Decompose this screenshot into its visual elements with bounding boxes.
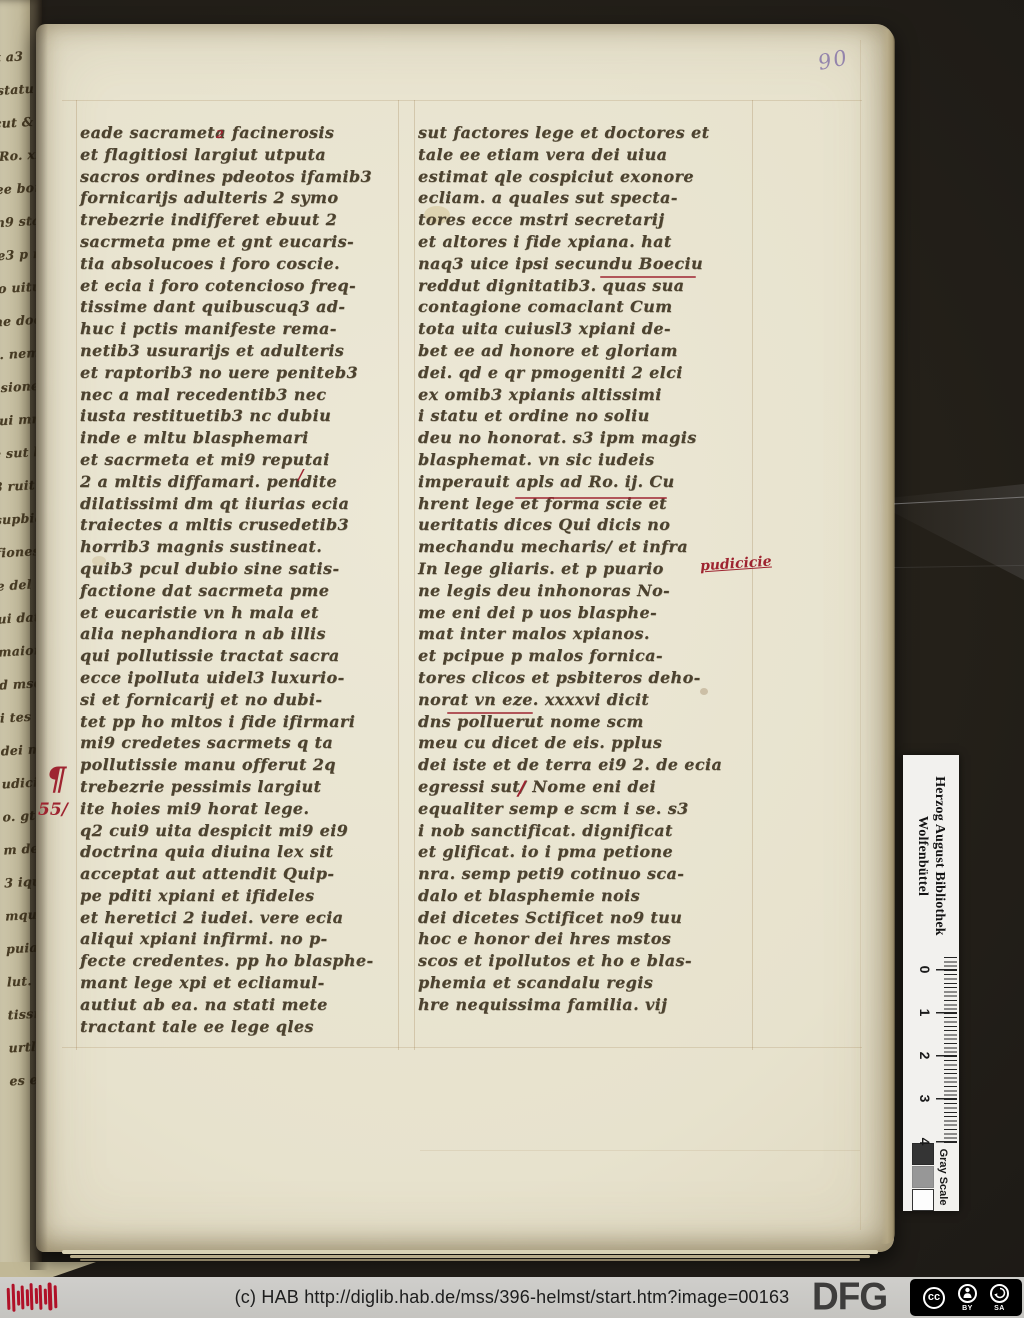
manuscript-line: trebezrie pessimis largiut <box>80 776 398 798</box>
manuscript-line: scos et ipollutos et ho e blas- <box>418 950 750 972</box>
manuscript-line: 2 a mltis diffamari. pendite <box>80 471 398 493</box>
manuscript-line: ex omib3 xpianis altissimi <box>418 384 750 406</box>
spine-text-fragment: sit a3 <box>0 39 35 75</box>
manuscript-line: estimat qle cospiciut exonore <box>418 166 750 188</box>
manuscript-line: pe pditi xpiani et ifideles <box>80 885 398 907</box>
footer-bar: (c) HAB http://diglib.hab.de/mss/396-hel… <box>0 1277 1024 1318</box>
manuscript-line: reddut dignitatib3. quas sua <box>418 275 750 297</box>
manuscript-line: ite hoies mi9 horat lege. <box>80 798 398 820</box>
ruler-number: 0 <box>917 948 933 991</box>
manuscript-line: fecte credentes. pp ho blasphe- <box>80 950 398 972</box>
gray-swatch-white <box>913 1189 935 1211</box>
manuscript-line: me eni dei p uos blasphe- <box>418 602 750 624</box>
red-superscript-mark: 2 <box>216 128 224 141</box>
manuscript-line: naq3 uice ipsi secundu Boeciu <box>418 253 750 275</box>
folio-stack-edge <box>70 1255 870 1258</box>
digitized-manuscript-photo: sit a3o statu sucut & h3d Ro. xxvnee bon… <box>0 0 1024 1318</box>
manuscript-line: imperauit apls ad Ro. ij. Cu <box>418 471 750 493</box>
ruling-line <box>414 100 415 1050</box>
spine-text-fragment: o statu s <box>0 72 36 108</box>
manuscript-line: phemia et scandalu regis <box>418 972 750 994</box>
manuscript-line: tet pp ho mltos i fide ifirmari <box>80 711 398 733</box>
ruling-line <box>860 40 861 1230</box>
manuscript-line: ecliam. a quales sut specta- <box>418 187 750 209</box>
manuscript-line: dalo et blasphemie nois <box>418 885 750 907</box>
manuscript-line: et raptorib3 no uere peniteb3 <box>80 362 398 384</box>
institution-line1: Herzog August Bibliothek <box>931 755 948 957</box>
manuscript-line: hrent lege et forma scie et <box>418 493 750 515</box>
manuscript-line: huc i pctis manifeste rema- <box>80 318 398 340</box>
spine-text-fragment: nee bona <box>0 171 38 207</box>
cc-logo-circle: cc <box>923 1287 945 1309</box>
manuscript-line: dei dicetes Sctificet no9 tuu <box>418 907 750 929</box>
manuscript-line: dei iste et de terra ei9 2. de ecia <box>418 754 750 776</box>
red-underline <box>515 497 667 499</box>
manuscript-line: traiectes a mltis crusedetib3 <box>80 514 398 536</box>
manuscript-line: factione dat sacrmeta pme <box>80 580 398 602</box>
manuscript-line: acceptat aut attendit Quip- <box>80 863 398 885</box>
calibration-scale-strip: Herzog August Bibliothek Wolfenbüttel 01… <box>903 755 959 1211</box>
red-margin-number: 55/ <box>38 800 68 820</box>
spine-text-fragment: on9 stat9 <box>0 204 39 240</box>
red-paragraph-mark: ¶ <box>46 760 66 798</box>
ruler-numbers: 01234 <box>917 948 933 1163</box>
manuscript-line: tores ecce mstri secretarij <box>418 209 750 231</box>
manuscript-line: tractant tale ee lege qles <box>80 1016 398 1038</box>
red-slash-mark: / <box>298 466 303 484</box>
ruling-line <box>62 100 862 101</box>
manuscript-line: blasphemat. vn sic iudeis <box>418 449 750 471</box>
manuscript-line: horrib3 magnis sustineat. <box>80 536 398 558</box>
manuscript-line: si et fornicarij et no dubi- <box>80 689 398 711</box>
cm-ruler: 01234 <box>903 957 959 1145</box>
ruling-line <box>76 100 77 1050</box>
manuscript-line: pollutissie manu offerut 2q <box>80 754 398 776</box>
manuscript-line: norat vn eze. xxxxvi dicit <box>418 689 750 711</box>
manuscript-line: et altores i fide xpiana. hat <box>418 231 750 253</box>
cc-by-icon: BY <box>958 1284 977 1312</box>
manuscript-line: mant lege xpi et ecliamul- <box>80 972 398 994</box>
folio-stack-edge <box>80 1259 860 1261</box>
manuscript-line: deu no honorat. s3 ipm magis <box>418 427 750 449</box>
cc-by-person-icon <box>958 1284 977 1303</box>
red-underline <box>600 276 696 278</box>
manuscript-line: nec a mal recedentib3 nec <box>80 384 398 406</box>
manuscript-line: aliqui xpiani infirmi. no p- <box>80 928 398 950</box>
manuscript-line: tota uita cuiusl3 xpiani de- <box>418 318 750 340</box>
cc-sa-label: SA <box>994 1305 1005 1312</box>
ruler-number: 3 <box>917 1077 933 1120</box>
manuscript-line: tissime dant quibuscuq3 ad- <box>80 296 398 318</box>
spine-text-fragment: ne3 p mal <box>0 237 40 273</box>
folio-stack-edge <box>62 1250 878 1254</box>
manuscript-line: nra. semp peti9 cotinuo sca- <box>418 863 750 885</box>
book-corner-tip <box>0 1262 96 1277</box>
dfg-logo: DFG <box>812 1275 887 1318</box>
institution-label: Herzog August Bibliothek Wolfenbüttel <box>914 755 948 957</box>
cc-logo-icon: cc <box>923 1287 945 1309</box>
manuscript-line: meu cu dicet de eis. pplus <box>418 732 750 754</box>
manuscript-line: dilatissimi dm qt iiurias ecia <box>80 493 398 515</box>
manuscript-line: mechandu mecharis/ et infra <box>418 536 750 558</box>
manuscript-line: ueritatis dices Qui dicis no <box>418 514 750 536</box>
manuscript-line: fornicarijs adulteris 2 symo <box>80 187 398 209</box>
red-underline <box>447 712 533 714</box>
manuscript-line: eade sacrameta facinerosis <box>80 122 398 144</box>
manuscript-line: mi9 credetes sacrmets q ta <box>80 732 398 754</box>
manuscript-line: doctrina quia diuina lex sit <box>80 841 398 863</box>
spine-text-fragment: ho uitup <box>0 270 41 306</box>
manuscript-line: netib3 usurarijs et adulteris <box>80 340 398 362</box>
manuscript-line: et ecia i foro cotencioso freq- <box>80 275 398 297</box>
manuscript-line: bet ee ad honore et gloriam <box>418 340 750 362</box>
manuscript-column-left: eade sacrameta facinerosiset flagitiosi … <box>80 122 398 1037</box>
ruling-line <box>398 100 399 1050</box>
manuscript-line: et pcipue p malos fornica- <box>418 645 750 667</box>
ruler-number: 4 <box>917 1120 933 1163</box>
manuscript-line: tale ee etiam vera dei uiua <box>418 144 750 166</box>
manuscript-line: et sacrmeta et mi9 reputai <box>80 449 398 471</box>
cc-sa-arrow-icon <box>990 1284 1009 1303</box>
gray-scale-label: Gray Scale <box>938 1149 950 1206</box>
ruler-cm-ticks <box>936 969 957 1145</box>
manuscript-line: sacrmeta pme et gnt eucaris- <box>80 231 398 253</box>
cc-license-badge: cc BY SA <box>910 1279 1022 1316</box>
manuscript-line: et heretici 2 iudei. vere ecia <box>80 907 398 929</box>
manuscript-line: equaliter semp e scm i se. s3 <box>418 798 750 820</box>
manuscript-line: autiut ab ea. na stati mete <box>80 994 398 1016</box>
manuscript-line: hre nequissima familia. vij <box>418 994 750 1016</box>
manuscript-line: inde e mltu blasphemari <box>80 427 398 449</box>
manuscript-line: q2 cui9 uita despicit mi9 ei9 <box>80 820 398 842</box>
manuscript-line: egressi sut/ Nome eni dei <box>418 776 750 798</box>
manuscript-line: sacros ordines pdeotos ifamib3 <box>80 166 398 188</box>
ruler-number: 2 <box>917 1034 933 1077</box>
manuscript-line: ecce ipolluta uidel3 luxurio- <box>80 667 398 689</box>
manuscript-line: tia absolucoes i foro coscie. <box>80 253 398 275</box>
manuscript-line: dei. qd e qr pmogeniti 2 elci <box>418 362 750 384</box>
ruling-line <box>62 1047 862 1048</box>
manuscript-line: mat inter malos xpianos. <box>418 623 750 645</box>
manuscript-line: et flagitiosi largiut utputa <box>80 144 398 166</box>
manuscript-line: ne legis deu inhonoras No- <box>418 580 750 602</box>
manuscript-line: contagione comaclant Cum <box>418 296 750 318</box>
gray-swatch-mid <box>913 1166 935 1188</box>
manuscript-line: i nob sanctificat. dignificat <box>418 820 750 842</box>
manuscript-line: alia nephandiora n ab illis <box>80 623 398 645</box>
ruling-line <box>420 1150 860 1151</box>
page-deckle-edge <box>881 28 895 1244</box>
ruling-line <box>752 100 753 1050</box>
institution-line2: Wolfenbüttel <box>914 755 931 957</box>
manuscript-line: sut factores lege et doctores et <box>418 122 750 144</box>
cc-by-label: BY <box>962 1305 973 1312</box>
manuscript-line: qui pollutissie tractat sacra <box>80 645 398 667</box>
manuscript-line: trebezrie indifferet ebuut 2 <box>80 209 398 231</box>
manuscript-line: iusta restituetib3 nc dubiu <box>80 405 398 427</box>
manuscript-line: i statu et ordine no soliu <box>418 405 750 427</box>
ruler-number: 1 <box>917 991 933 1034</box>
manuscript-line: et eucaristie vn h mala et <box>80 602 398 624</box>
manuscript-line: quib3 pcul dubio sine satis- <box>80 558 398 580</box>
red-slash-mark: / <box>518 776 525 800</box>
cc-sa-icon: SA <box>990 1284 1009 1312</box>
manuscript-line: tores clicos et psbiteros deho- <box>418 667 750 689</box>
spine-text-fragment: d Ro. xxv <box>0 138 38 174</box>
spine-text-fragment: ucut & h3 <box>0 105 37 141</box>
manuscript-line: et glificat. io i pma petione <box>418 841 750 863</box>
manuscript-line: hoc e honor dei hres mstos <box>418 928 750 950</box>
